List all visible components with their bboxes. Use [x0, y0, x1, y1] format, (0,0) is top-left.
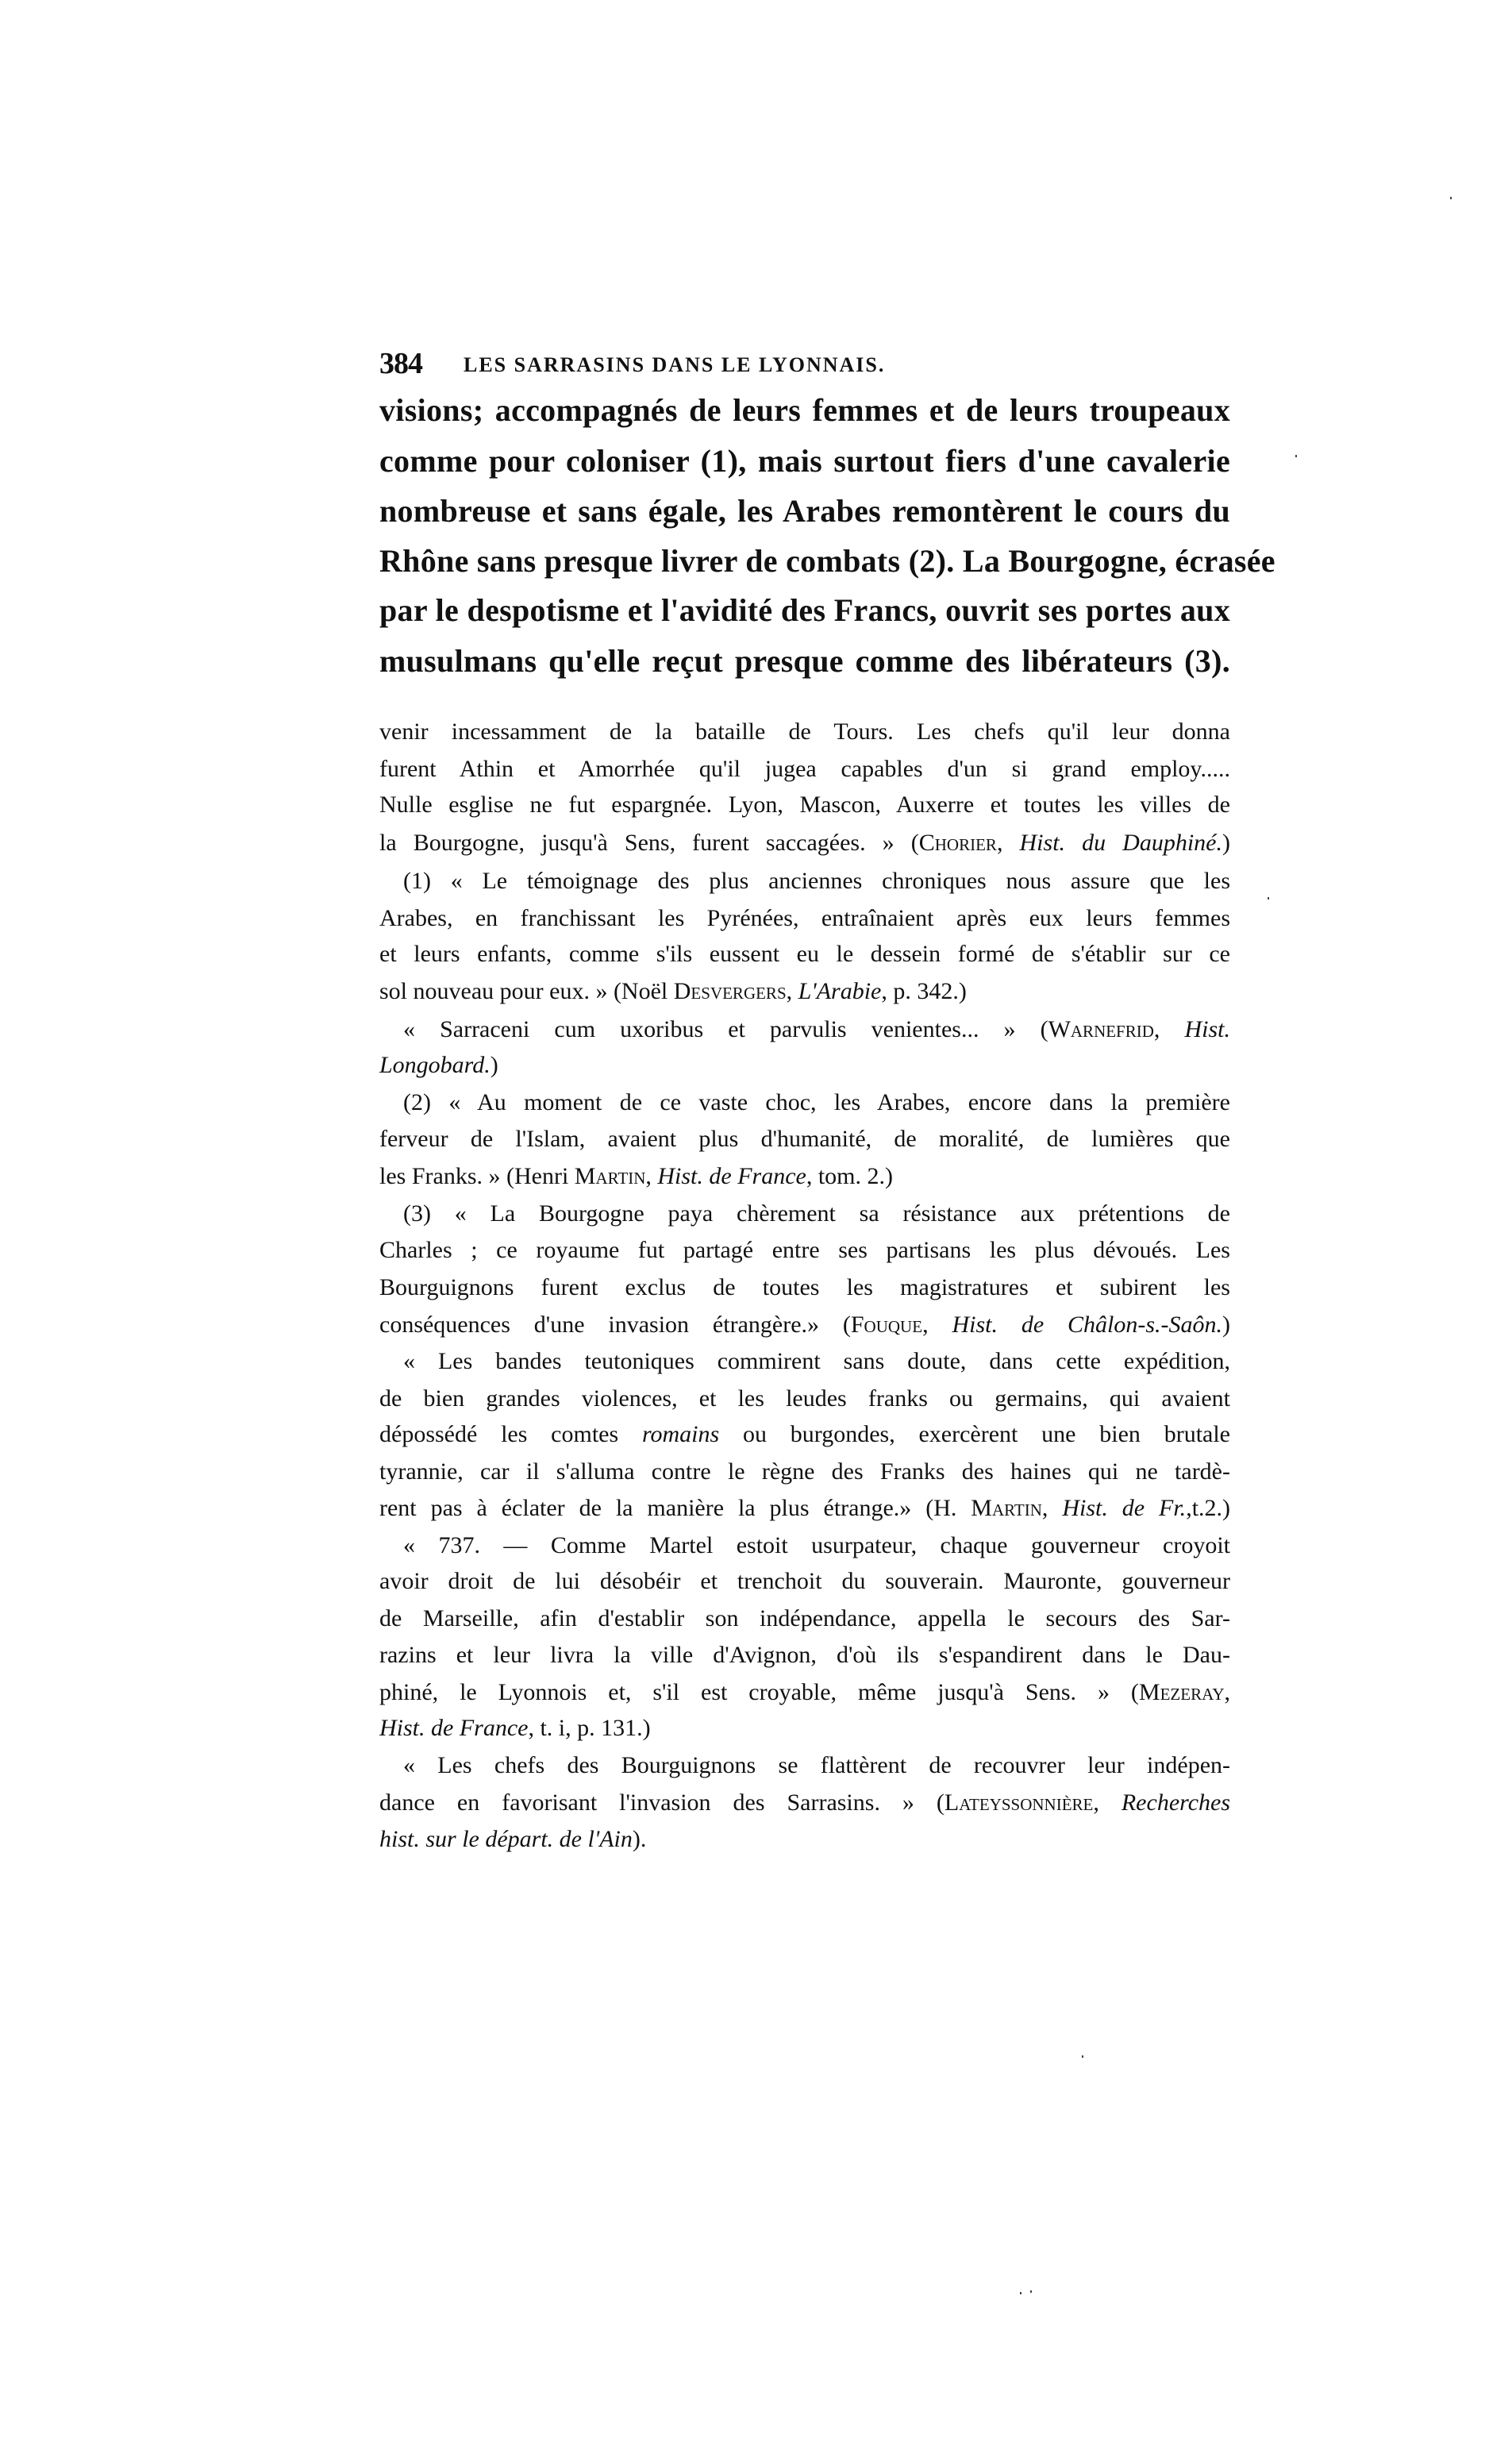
citation-close: , tom. 2.) [806, 1163, 893, 1189]
footnote-line: sol nouveau pour eux. » (Noël Desvergers… [379, 976, 1230, 1007]
footnote-line: phiné, le Lyonnois et, s'il est croyable… [379, 1677, 1230, 1708]
citation-close: ) [491, 1052, 498, 1078]
footnote-line: les Franks. » (Henri Martin, Hist. de Fr… [379, 1161, 1230, 1192]
citation-close: , p. 342.) [881, 978, 967, 1004]
footnote-text: rent pas à éclater de la manière la plus… [379, 1495, 971, 1521]
emphasis: romains [642, 1421, 719, 1447]
citation-close: ,t.2.) [1186, 1495, 1230, 1521]
citation-author: Desvergers [674, 978, 787, 1004]
citation-close: ) [1222, 830, 1230, 856]
footnote-line: de bien grandes violences, et les leudes… [379, 1383, 1230, 1415]
citation-work: hist. sur le départ. de l'Ain [379, 1826, 633, 1852]
citation-work: Recherches [1121, 1789, 1230, 1816]
footnote-line: « Les bandes teutoniques commirent sans … [403, 1346, 1230, 1377]
footnote-line: Hist. de France, t. i, p. 131.) [379, 1712, 1230, 1744]
footnote-3-line: (3) « La Bourgogne paya chèrement sa rés… [403, 1198, 1230, 1230]
main-line: nombreuse et sans égale, les Arabes remo… [379, 491, 1230, 531]
footnote-line: Nulle esglise ne fut espargnée. Lyon, Ma… [379, 789, 1230, 821]
footnote-line: conséquences d'une invasion étrangère.» … [379, 1309, 1230, 1341]
footnote-line: furent Athin et Amorrhée qu'il jugea cap… [379, 753, 1230, 785]
footnote-line: Arabes, en franchissant les Pyrénées, en… [379, 903, 1230, 934]
footnote-text: dépossédé les comtes [379, 1421, 642, 1447]
book-page: 384 LES SARRASINS DANS LE LYONNAIS. visi… [0, 0, 1512, 2446]
citation-work: Hist. de France [657, 1163, 806, 1189]
separator: , [1154, 1016, 1185, 1042]
separator: , [787, 978, 798, 1004]
main-line: Rhône sans presque livrer de combats (2)… [379, 541, 1230, 581]
footnote-line: « 737. — Comme Martel estoit usurpateur,… [403, 1530, 1230, 1562]
citation-author: Fouque [851, 1312, 922, 1338]
running-title: LES SARRASINS DANS LE LYONNAIS. [464, 349, 885, 381]
scan-speck [1082, 2055, 1083, 2058]
citation-author: Chorier [919, 830, 997, 856]
scan-speck [1030, 2290, 1032, 2293]
citation-work: Longobard. [379, 1052, 491, 1078]
footnote-text: la Bourgogne, jusqu'à Sens, furent sacca… [379, 830, 919, 856]
footnote-line: avoir droit de lui désobéir et trenchoit… [379, 1566, 1230, 1597]
footnote-text: dance en favorisant l'invasion des Sarra… [379, 1789, 945, 1816]
citation-close: ) [1222, 1312, 1230, 1338]
citation-work: L'Arabie [798, 978, 882, 1004]
citation-work: Hist. du Dauphiné. [1020, 830, 1222, 856]
footnote-line: la Bourgogne, jusqu'à Sens, furent sacca… [379, 827, 1230, 859]
footnote-line: « Les chefs des Bourguignons se flattère… [403, 1750, 1230, 1782]
footnote-line: venir incessamment de la bataille de Tou… [379, 716, 1230, 748]
main-line: visions; accompagnés de leurs femmes et … [379, 391, 1230, 430]
citation-work: Hist. [1184, 1016, 1230, 1042]
footnote-line: dépossédé les comtes romains ou burgonde… [379, 1419, 1230, 1450]
footnote-line: razins et leur livra la ville d'Avignon,… [379, 1639, 1230, 1671]
page-number: 384 [379, 346, 422, 381]
separator: , [645, 1163, 657, 1189]
separator: , [997, 830, 1020, 856]
footnote-line: Longobard.) [379, 1050, 1230, 1081]
footnote-line: dance en favorisant l'invasion des Sarra… [379, 1787, 1230, 1819]
footnote-line: rent pas à éclater de la manière la plus… [379, 1493, 1230, 1524]
citation-author: Martin [575, 1163, 646, 1189]
separator: , [1225, 1679, 1231, 1705]
main-line: musulmans qu'elle reçut presque comme de… [379, 641, 1230, 681]
footnote-text: phiné, le Lyonnois et, s'il est croyable… [379, 1679, 1139, 1705]
citation-work: Hist. de France [379, 1715, 528, 1741]
citation-author: Warnefrid [1048, 1016, 1154, 1042]
scan-speck [1450, 197, 1452, 199]
page-header: 384 LES SARRASINS DANS LE LYONNAIS. [379, 346, 1230, 381]
citation-close: , t. i, p. 131.) [528, 1715, 650, 1741]
footnote-text: les Franks. » (Henri [379, 1163, 575, 1189]
citation-author: Mezeray [1139, 1679, 1225, 1705]
citation-work: Hist. de Fr. [1062, 1495, 1186, 1521]
footnote-text: ou burgondes, exercèrent une bien brutal… [719, 1421, 1230, 1447]
footnote-line: de Marseille, afin d'establir son indépe… [379, 1603, 1230, 1635]
main-line: par le despotisme et l'avidité des Franc… [379, 591, 1230, 630]
footnote-text: « Sarraceni cum uxoribus et parvulis ven… [403, 1016, 1048, 1042]
footnote-line: hist. sur le départ. de l'Ain). [379, 1824, 1230, 1855]
footnote-text: conséquences d'une invasion étrangère.» … [379, 1312, 851, 1338]
scan-speck [1295, 455, 1297, 457]
footnote-line: et leurs enfants, comme s'ils eussent eu… [379, 938, 1230, 970]
footnote-line: Bourguignons furent exclus de toutes les… [379, 1272, 1230, 1304]
footnote-line: ferveur de l'Islam, avaient plus d'human… [379, 1123, 1230, 1155]
footnote-line: Charles ; ce royaume fut partagé entre s… [379, 1235, 1230, 1266]
footnote-2-line: (2) « Au moment de ce vaste choc, les Ar… [403, 1087, 1230, 1119]
citation-author: Martin [971, 1495, 1042, 1521]
separator: , [1093, 1789, 1121, 1816]
footnote-line: « Sarraceni cum uxoribus et parvulis ven… [403, 1014, 1230, 1046]
main-line: comme pour coloniser (1), mais surtout f… [379, 441, 1230, 481]
citation-work: Hist. de Châlon-s.-Saôn. [952, 1312, 1222, 1338]
scan-speck [1020, 2292, 1021, 2294]
citation-close: ). [633, 1826, 647, 1852]
footnote-1-line: (1) « Le témoignage des plus anciennes c… [403, 865, 1230, 897]
citation-author: Lateyssonnière [945, 1789, 1094, 1816]
footnote-text: sol nouveau pour eux. » (Noël [379, 978, 674, 1004]
separator: , [922, 1312, 952, 1338]
footnote-line: tyrannie, car il s'alluma contre le règn… [379, 1456, 1230, 1488]
separator: , [1042, 1495, 1062, 1521]
scan-speck [1268, 897, 1269, 899]
